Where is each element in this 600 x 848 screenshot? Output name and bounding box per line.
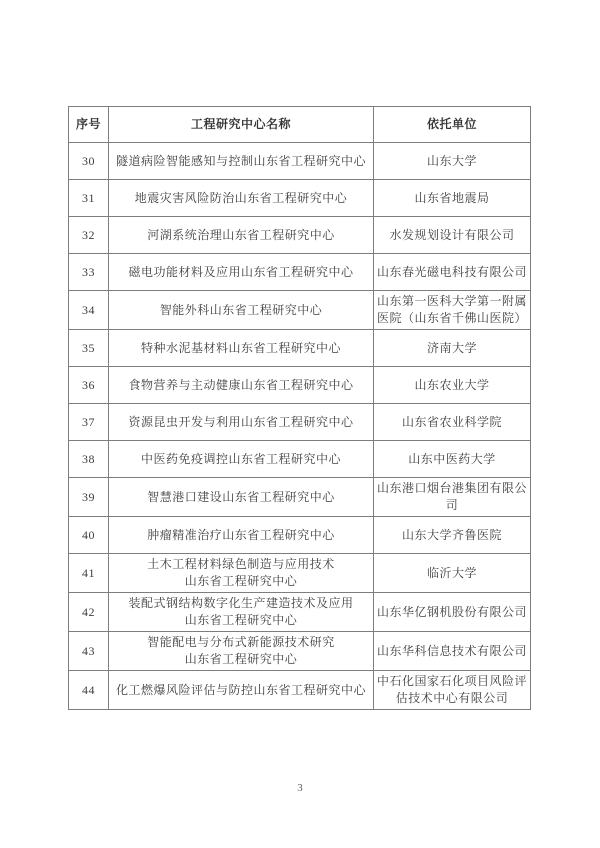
center-name-cell: 河湖系统治理山东省工程研究中心 [109, 217, 374, 254]
supporting-unit-cell: 山东大学 [374, 143, 531, 180]
table-row: 30 隧道病险智能感知与控制山东省工程研究中心 山东大学 [69, 143, 531, 180]
row-serial-number-cell: 34 [69, 291, 109, 330]
center-name-cell: 肿瘤精准治疗山东省工程研究中心 [109, 517, 374, 554]
table-row: 31 地震灾害风险防治山东省工程研究中心 山东省地震局 [69, 180, 531, 217]
supporting-unit-cell: 山东中医药大学 [374, 441, 531, 478]
table-row: 33 磁电功能材料及应用山东省工程研究中心 山东春光磁电科技有限公司 [69, 254, 531, 291]
supporting-unit-cell: 山东省地震局 [374, 180, 531, 217]
center-name-cell: 资源昆虫开发与利用山东省工程研究中心 [109, 404, 374, 441]
table-row: 36 食物营养与主动健康山东省工程研究中心 山东农业大学 [69, 367, 531, 404]
row-serial-number-cell: 33 [69, 254, 109, 291]
center-name-cell: 地震灾害风险防治山东省工程研究中心 [109, 180, 374, 217]
research-centers-table: 序号 工程研究中心名称 依托单位 30 隧道病险智能感知与控制山东省工程研究中心… [68, 106, 531, 710]
row-serial-number-cell: 41 [69, 554, 109, 593]
document-page: 序号 工程研究中心名称 依托单位 30 隧道病险智能感知与控制山东省工程研究中心… [0, 0, 600, 848]
table-row: 42 装配式钢结构数字化生产建造技术及应用 山东省工程研究中心 山东华亿钢机股份… [69, 593, 531, 632]
table-row: 39 智慧港口建设山东省工程研究中心 山东港口烟台港集团有限公司 [69, 478, 531, 517]
row-serial-number-cell: 31 [69, 180, 109, 217]
supporting-unit-cell: 山东大学齐鲁医院 [374, 517, 531, 554]
table-row: 37 资源昆虫开发与利用山东省工程研究中心 山东省农业科学院 [69, 404, 531, 441]
header-center-name: 工程研究中心名称 [109, 107, 374, 143]
row-serial-number-cell: 36 [69, 367, 109, 404]
supporting-unit-cell: 山东春光磁电科技有限公司 [374, 254, 531, 291]
table-row: 41 土木工程材料绿色制造与应用技术 山东省工程研究中心 临沂大学 [69, 554, 531, 593]
supporting-unit-cell: 济南大学 [374, 330, 531, 367]
table-row: 35 特种水泥基材料山东省工程研究中心 济南大学 [69, 330, 531, 367]
supporting-unit-cell: 山东华科信息技术有限公司 [374, 632, 531, 671]
center-name-cell: 装配式钢结构数字化生产建造技术及应用 山东省工程研究中心 [109, 593, 374, 632]
center-name-cell: 隧道病险智能感知与控制山东省工程研究中心 [109, 143, 374, 180]
center-name-cell: 化工燃爆风险评估与防控山东省工程研究中心 [109, 671, 374, 710]
supporting-unit-cell: 山东第一医科大学第一附属医院（山东省千佛山医院） [374, 291, 531, 330]
supporting-unit-cell: 临沂大学 [374, 554, 531, 593]
page-number: 3 [0, 782, 600, 794]
center-name-cell: 智能配电与分布式新能源技术研究 山东省工程研究中心 [109, 632, 374, 671]
table-body: 30 隧道病险智能感知与控制山东省工程研究中心 山东大学 31 地震灾害风险防治… [69, 143, 531, 710]
center-name-cell: 中医药免疫调控山东省工程研究中心 [109, 441, 374, 478]
table-row: 34 智能外科山东省工程研究中心 山东第一医科大学第一附属医院（山东省千佛山医院… [69, 291, 531, 330]
header-serial-number: 序号 [69, 107, 109, 143]
row-serial-number-cell: 43 [69, 632, 109, 671]
row-serial-number-cell: 37 [69, 404, 109, 441]
table-row: 40 肿瘤精准治疗山东省工程研究中心 山东大学齐鲁医院 [69, 517, 531, 554]
supporting-unit-cell: 山东港口烟台港集团有限公司 [374, 478, 531, 517]
table-row: 43 智能配电与分布式新能源技术研究 山东省工程研究中心 山东华科信息技术有限公… [69, 632, 531, 671]
table-row: 32 河湖系统治理山东省工程研究中心 水发规划设计有限公司 [69, 217, 531, 254]
supporting-unit-cell: 山东省农业科学院 [374, 404, 531, 441]
center-name-cell: 特种水泥基材料山东省工程研究中心 [109, 330, 374, 367]
row-serial-number-cell: 40 [69, 517, 109, 554]
supporting-unit-cell: 水发规划设计有限公司 [374, 217, 531, 254]
center-name-cell: 土木工程材料绿色制造与应用技术 山东省工程研究中心 [109, 554, 374, 593]
center-name-cell: 智慧港口建设山东省工程研究中心 [109, 478, 374, 517]
center-name-cell: 食物营养与主动健康山东省工程研究中心 [109, 367, 374, 404]
row-serial-number-cell: 39 [69, 478, 109, 517]
row-serial-number-cell: 44 [69, 671, 109, 710]
row-serial-number-cell: 38 [69, 441, 109, 478]
row-serial-number-cell: 35 [69, 330, 109, 367]
supporting-unit-cell: 中石化国家石化项目风险评估技术中心有限公司 [374, 671, 531, 710]
table-row: 44 化工燃爆风险评估与防控山东省工程研究中心 中石化国家石化项目风险评估技术中… [69, 671, 531, 710]
center-name-cell: 磁电功能材料及应用山东省工程研究中心 [109, 254, 374, 291]
header-supporting-unit: 依托单位 [374, 107, 531, 143]
table-row: 38 中医药免疫调控山东省工程研究中心 山东中医药大学 [69, 441, 531, 478]
supporting-unit-cell: 山东华亿钢机股份有限公司 [374, 593, 531, 632]
supporting-unit-cell: 山东农业大学 [374, 367, 531, 404]
center-name-cell: 智能外科山东省工程研究中心 [109, 291, 374, 330]
table-header-row: 序号 工程研究中心名称 依托单位 [69, 107, 531, 143]
row-serial-number-cell: 42 [69, 593, 109, 632]
row-serial-number-cell: 32 [69, 217, 109, 254]
row-serial-number-cell: 30 [69, 143, 109, 180]
